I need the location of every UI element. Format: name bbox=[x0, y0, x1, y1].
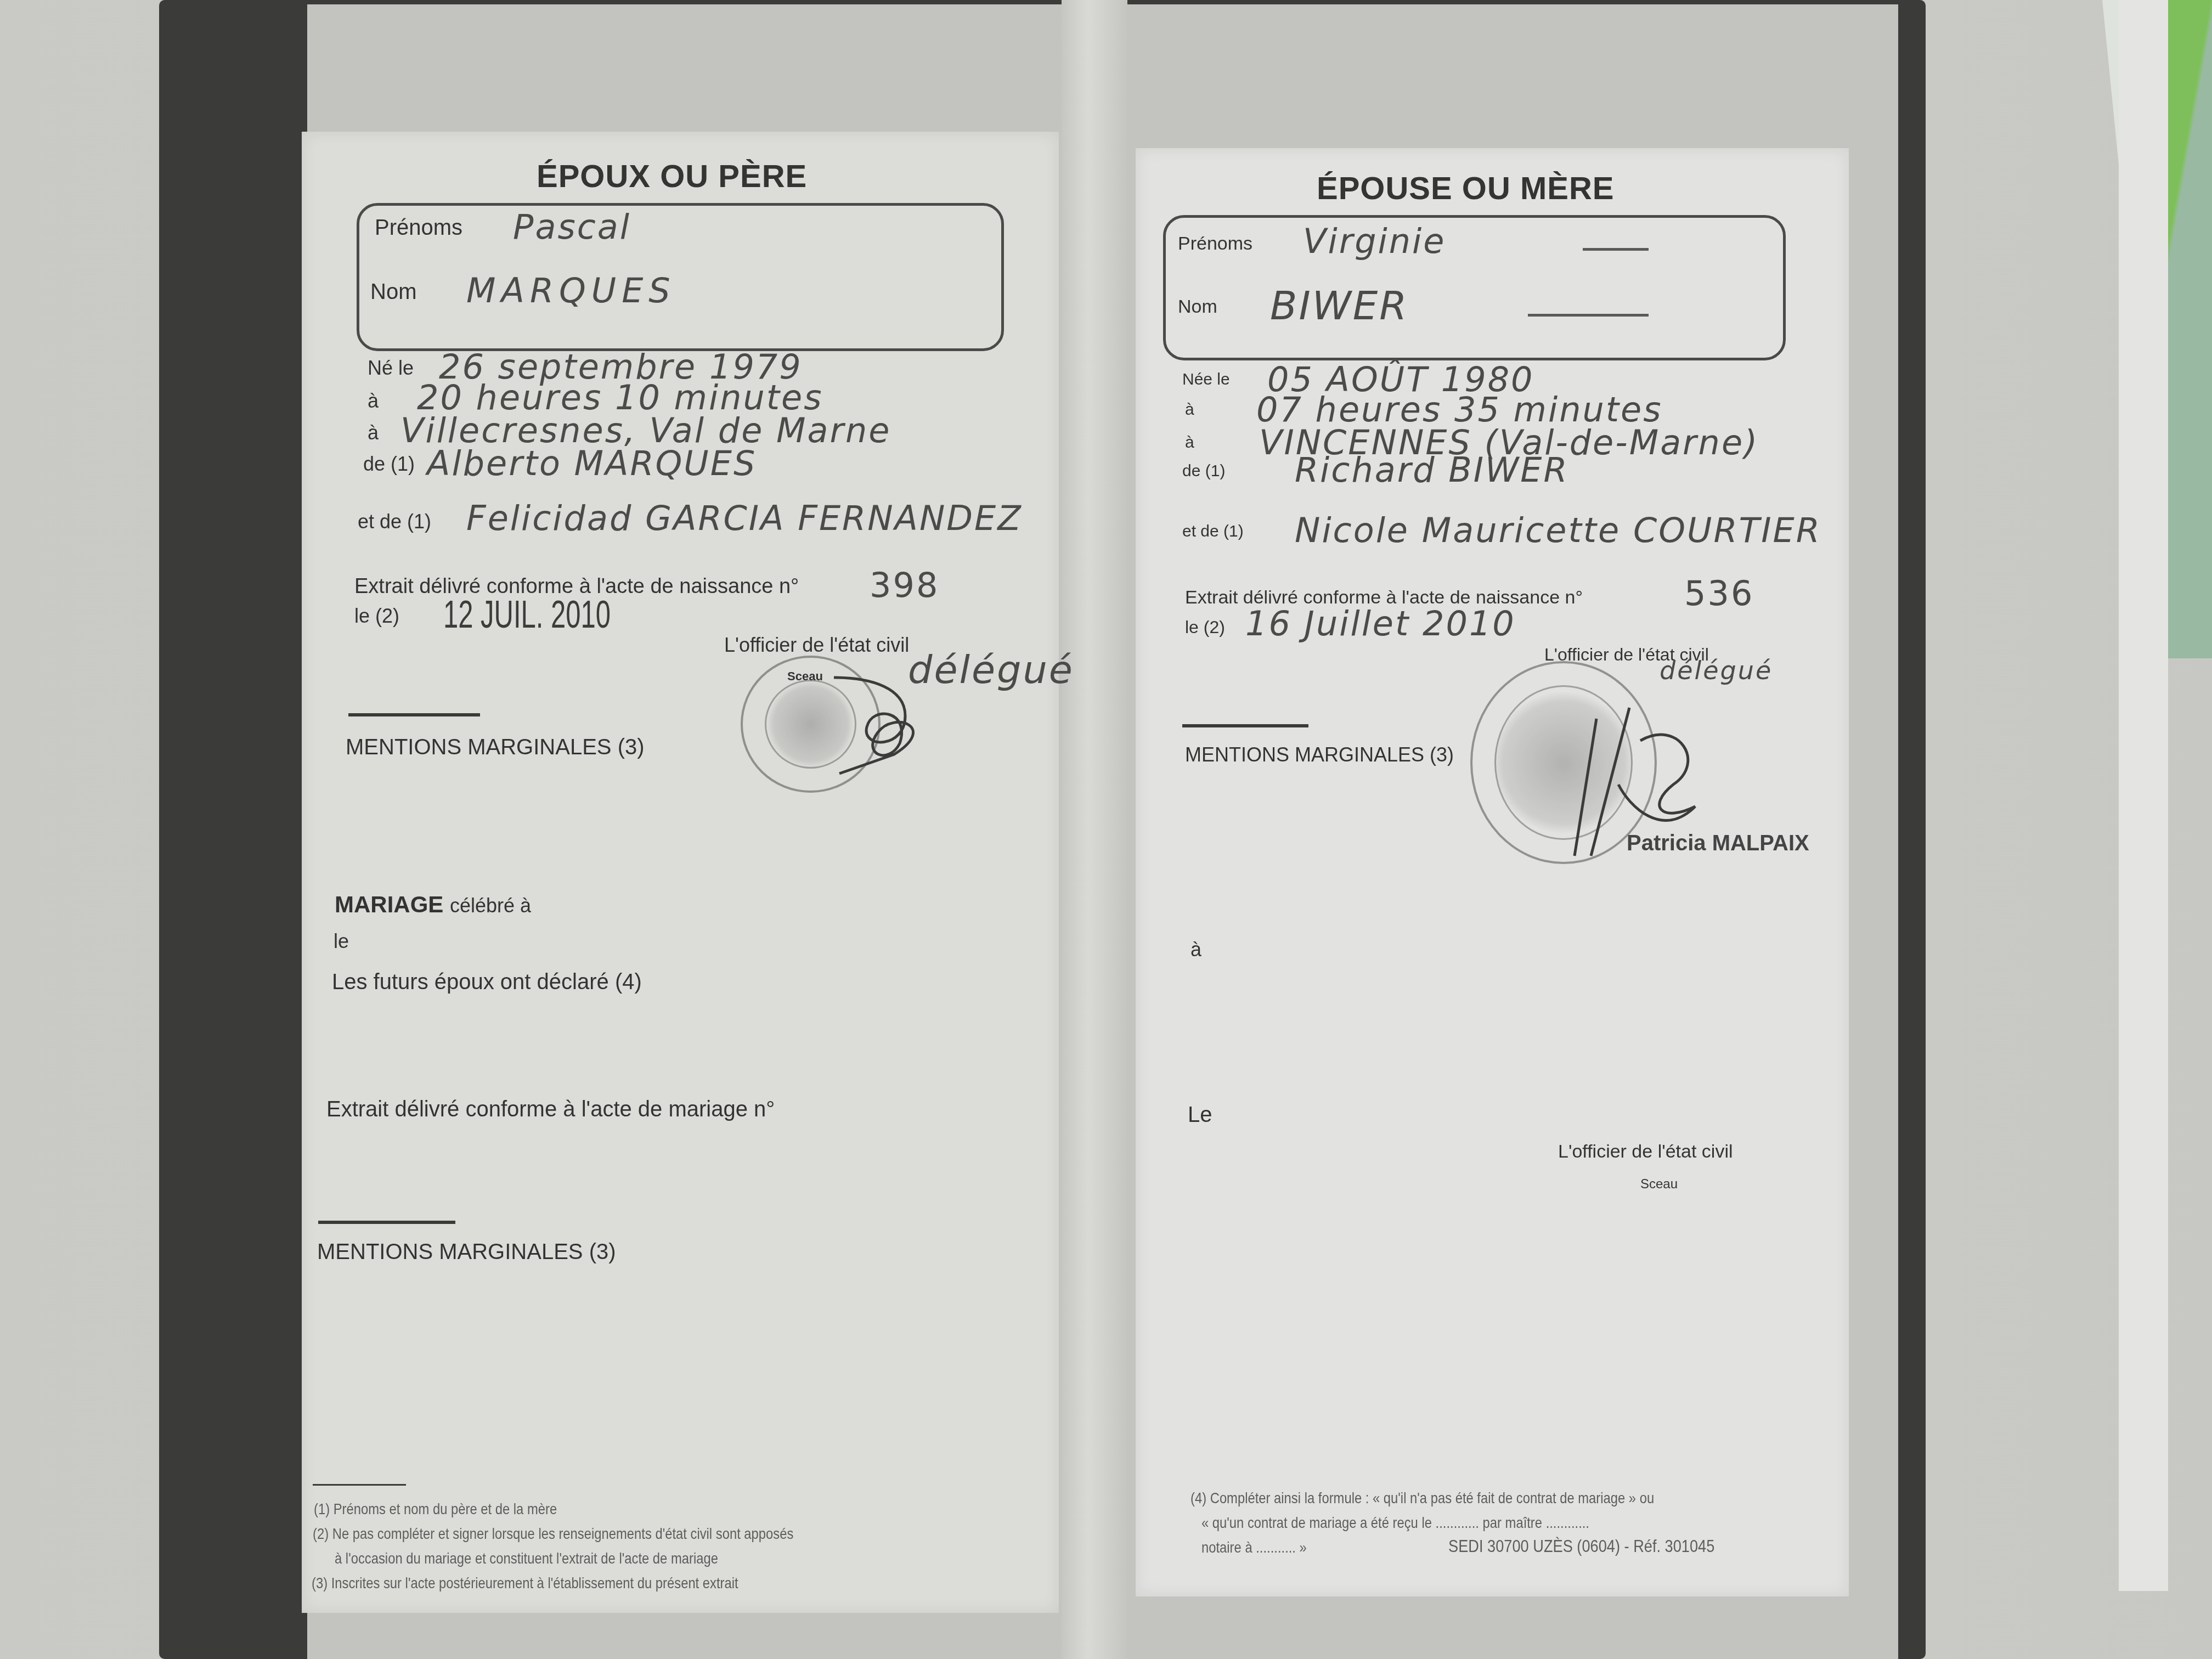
extrait-naissance-number: 398 bbox=[870, 565, 939, 605]
background-white-strip bbox=[2119, 0, 2168, 1591]
pere-value: Alberto MARQUES bbox=[427, 443, 757, 483]
mentions-marginales-label-2: MENTIONS MARGINALES (3) bbox=[317, 1240, 616, 1265]
mariage-le-label-right: Le bbox=[1188, 1103, 1212, 1127]
footnote-divider bbox=[313, 1484, 406, 1486]
mentions-marginales-label-right: MENTIONS MARGINALES (3) bbox=[1185, 743, 1454, 766]
footnote-4-line1: (4) Compléter ainsi la formule : « qu'il… bbox=[1190, 1489, 1654, 1507]
seal-label-right-2: Sceau bbox=[1640, 1177, 1678, 1192]
right-heading: ÉPOUSE OU MÈRE bbox=[1317, 170, 1615, 207]
nom-label: Nom bbox=[370, 280, 416, 304]
section-divider-right bbox=[1182, 724, 1308, 727]
mere-label: et de (1) bbox=[358, 510, 431, 533]
section-divider bbox=[348, 713, 480, 716]
signatory-name: Patricia MALPAIX bbox=[1627, 831, 1809, 856]
publisher-reference: SEDI 30700 UZÈS (0604) - Réf. 301045 bbox=[1448, 1536, 1714, 1556]
left-page-epoux: ÉPOUX OU PÈRE Prénoms Pascal Nom MARQUES… bbox=[302, 132, 1059, 1613]
nom-blank-line bbox=[1528, 314, 1649, 317]
seal-label: Sceau bbox=[787, 669, 823, 684]
nee-le-label: Née le bbox=[1182, 370, 1230, 389]
left-heading: ÉPOUX OU PÈRE bbox=[537, 158, 807, 195]
footnote-3: (3) Inscrites sur l'acte postérieurement… bbox=[312, 1575, 738, 1592]
footnote-4-line3: notaire à ........... » bbox=[1201, 1539, 1307, 1556]
officer-signature bbox=[828, 672, 955, 776]
mariage-celebre-label: célébré à bbox=[450, 894, 531, 917]
nom-value: MARQUES bbox=[466, 270, 676, 311]
right-name-box: Prénoms Virginie Nom BIWER bbox=[1163, 215, 1786, 360]
extrait-naissance-number-right: 536 bbox=[1684, 573, 1754, 613]
officer-label-right-2: L'officier de l'état civil bbox=[1558, 1141, 1733, 1163]
extrait-mariage-label: Extrait délivré conforme à l'acte de mar… bbox=[326, 1097, 775, 1122]
delivery-date-label-right: le (2) bbox=[1185, 617, 1225, 637]
officer-label: L'officier de l'état civil bbox=[724, 634, 909, 657]
nom-label-right: Nom bbox=[1178, 296, 1217, 318]
footnote-1: (1) Prénoms et nom du père et de la mère bbox=[314, 1500, 557, 1518]
mariage-line: MARIAGE célébré à bbox=[335, 891, 531, 918]
lieu-label: à bbox=[368, 421, 379, 444]
footnote-4-line2: « qu'un contrat de mariage a été reçu le… bbox=[1201, 1514, 1589, 1532]
delivery-date-value-right: 16 Juillet 2010 bbox=[1245, 603, 1516, 644]
right-page-epouse: ÉPOUSE OU MÈRE Prénoms Virginie Nom BIWE… bbox=[1136, 148, 1849, 1596]
lieu-label-right: à bbox=[1185, 433, 1194, 452]
officer-delegue-note-right: délégué bbox=[1660, 656, 1773, 685]
futurs-epoux-label: Les futurs époux ont déclaré (4) bbox=[332, 970, 642, 995]
heure-label: à bbox=[368, 390, 379, 413]
prenoms-value-right: Virginie bbox=[1303, 221, 1446, 261]
section-divider-2 bbox=[318, 1221, 455, 1224]
footnote-2-cont: à l'occasion du mariage et constituent l… bbox=[335, 1550, 718, 1567]
mere-value: Felicidad GARCIA FERNANDEZ bbox=[466, 498, 1023, 538]
mariage-bold-label: MARIAGE bbox=[335, 891, 443, 917]
heure-label-right: à bbox=[1185, 400, 1194, 419]
prenoms-blank-line bbox=[1583, 248, 1649, 251]
prenoms-label: Prénoms bbox=[375, 216, 462, 240]
pere-label: de (1) bbox=[363, 453, 415, 476]
footnote-2: (2) Ne pas compléter et signer lorsque l… bbox=[313, 1525, 793, 1543]
nom-value-right: BIWER bbox=[1270, 283, 1408, 329]
delivery-date-label: le (2) bbox=[354, 605, 399, 628]
mariage-date-label: le bbox=[334, 930, 349, 953]
ne-le-label: Né le bbox=[368, 357, 414, 380]
prenoms-value: Pascal bbox=[513, 207, 631, 247]
center-fold bbox=[1062, 0, 1127, 1659]
pere-label-right: de (1) bbox=[1182, 462, 1225, 481]
mariage-lieu-label-right: à bbox=[1190, 938, 1201, 961]
prenoms-label-right: Prénoms bbox=[1178, 233, 1252, 255]
mere-label-right: et de (1) bbox=[1182, 522, 1244, 541]
left-name-box: Prénoms Pascal Nom MARQUES bbox=[357, 203, 1004, 351]
mere-value-right: Nicole Mauricette COURTIER bbox=[1295, 510, 1821, 550]
mentions-marginales-label: MENTIONS MARGINALES (3) bbox=[346, 735, 645, 760]
delivery-date-stamp: 12 JUIL. 2010 bbox=[443, 592, 611, 636]
pere-value-right: Richard BIWER bbox=[1295, 450, 1569, 490]
